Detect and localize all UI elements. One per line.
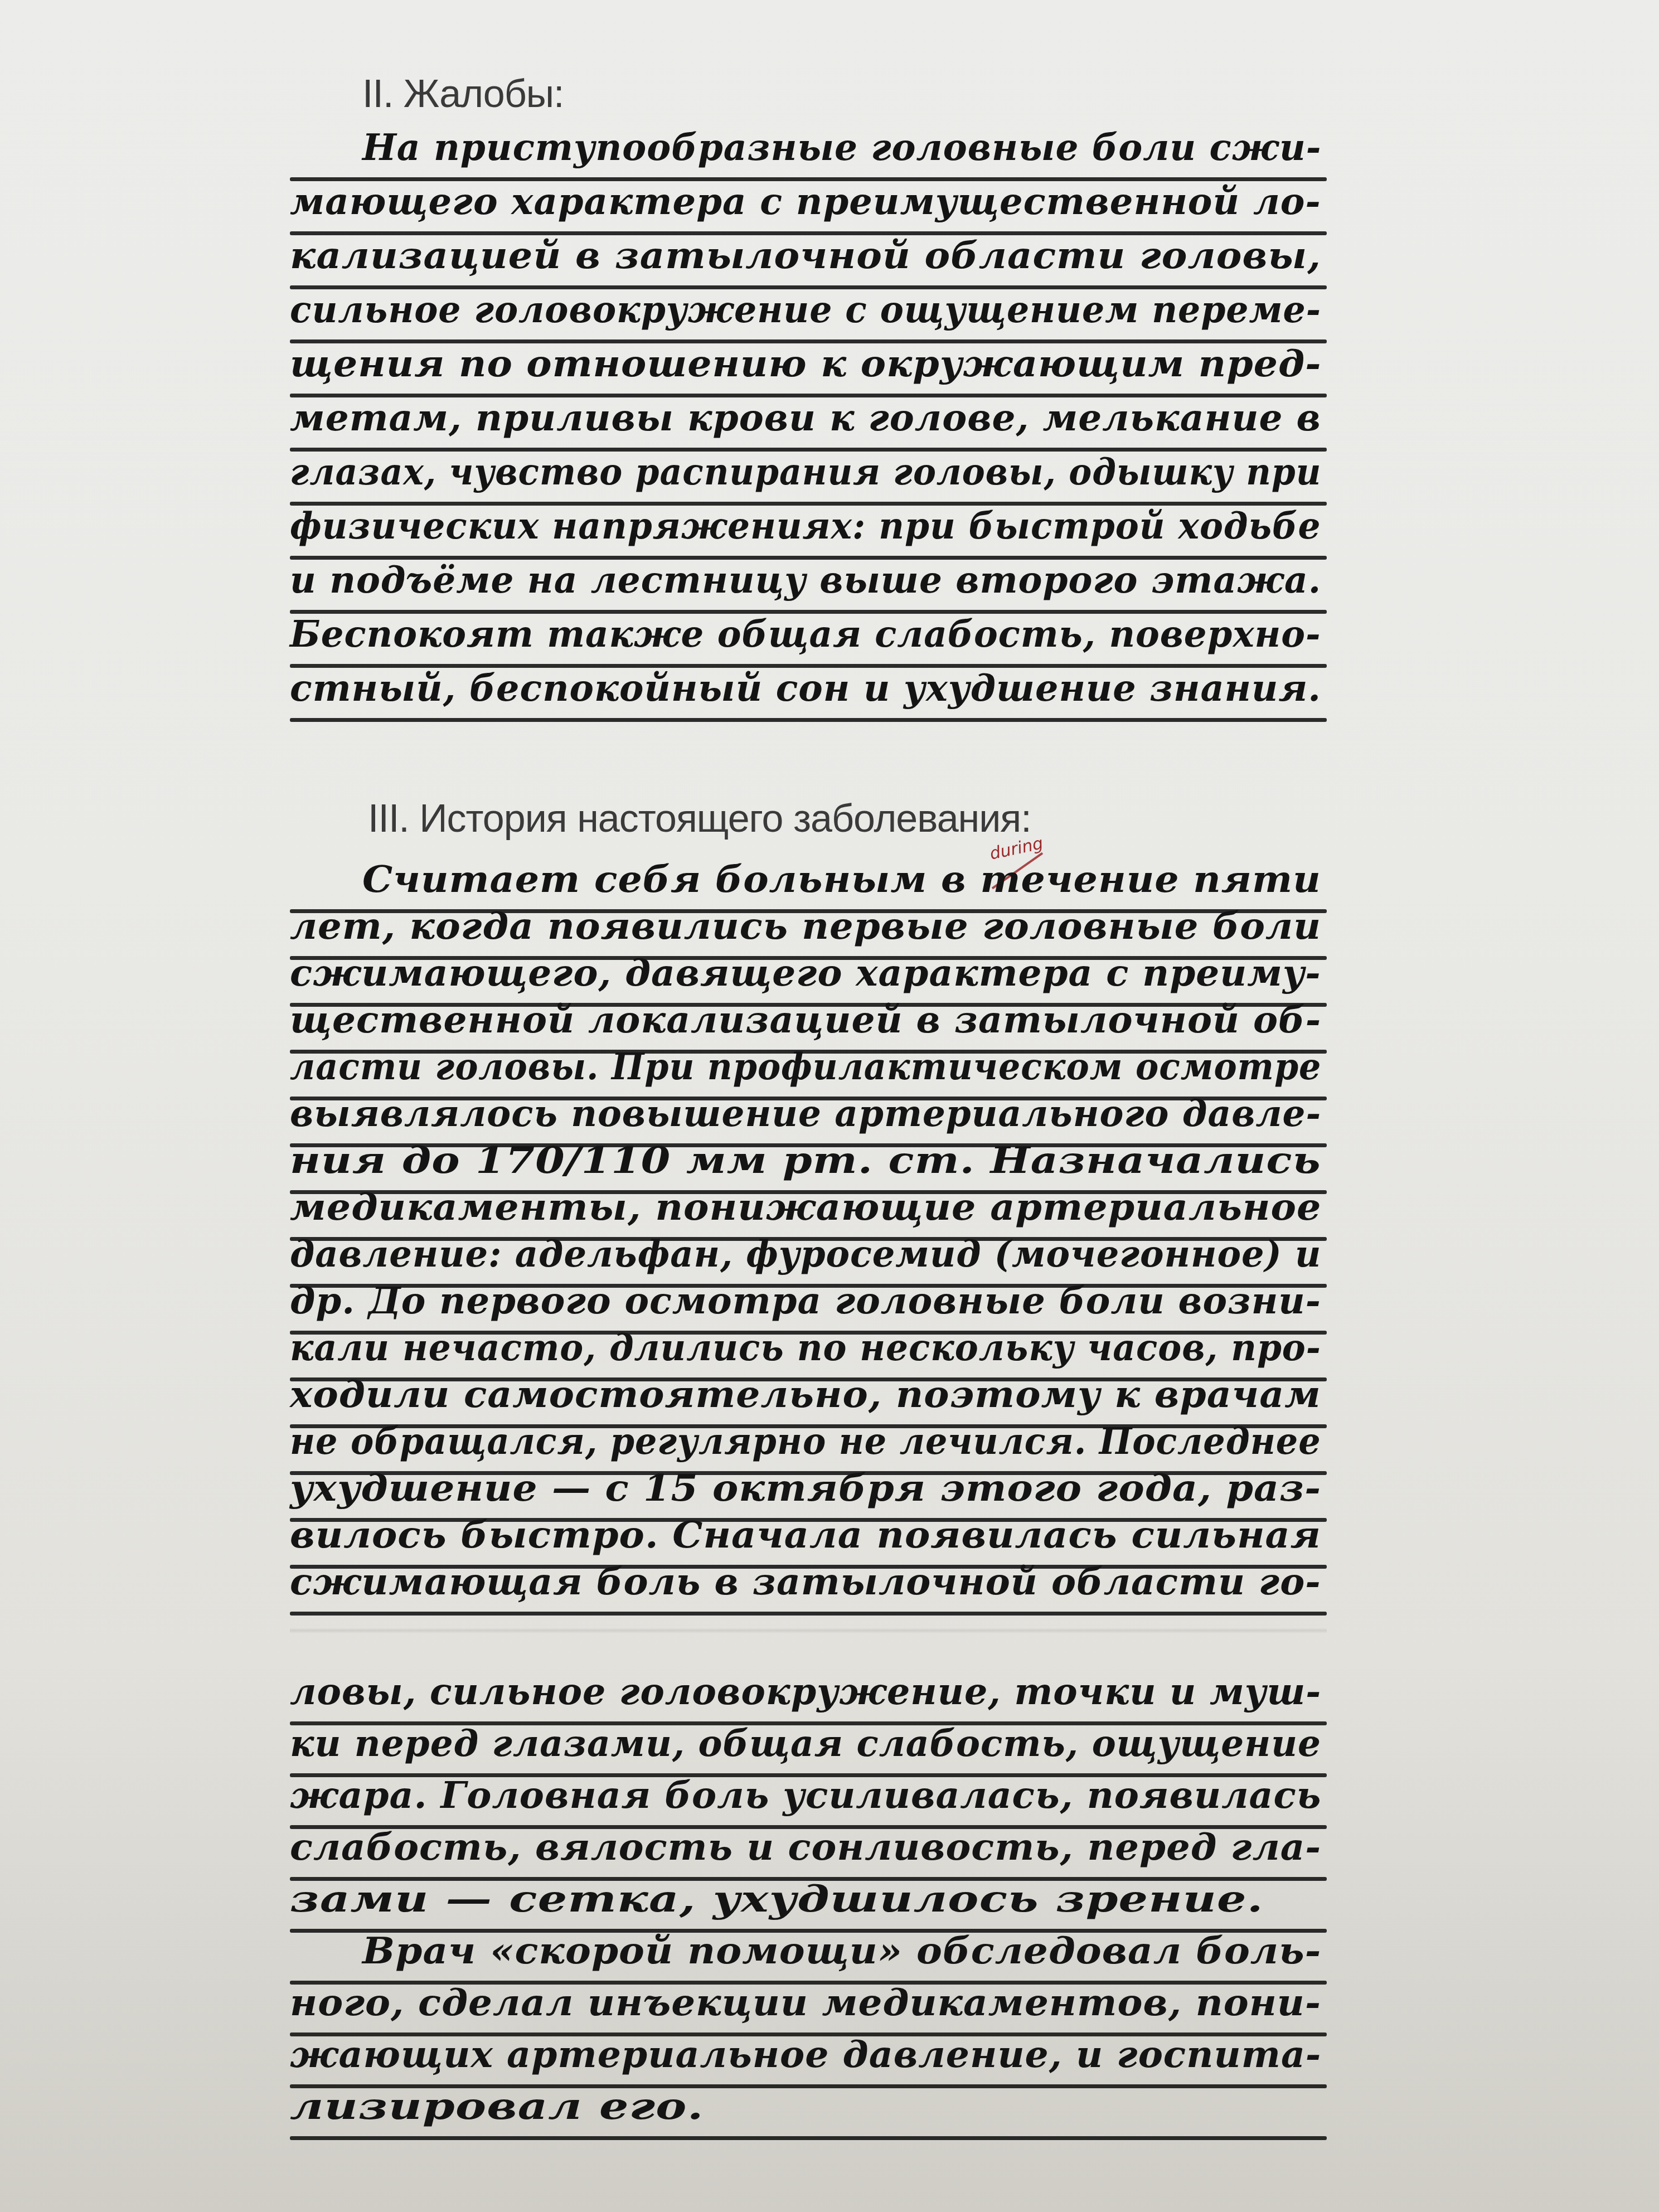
line-text: стный, беспокойный сон и ухудшение знани… xyxy=(290,666,1321,710)
guide-rule xyxy=(290,2136,1327,2140)
guide-rule xyxy=(290,1612,1327,1616)
page-fold-shadow xyxy=(290,1628,1327,1633)
document-page: II. Жалобы: На приступообразные головные… xyxy=(0,0,1659,2212)
handwritten-line: лизировал его. xyxy=(290,2056,1327,2140)
line-text: сжимающая боль в затылочной области го- xyxy=(290,1560,1321,1603)
handwritten-line: стный, беспокойный сон и ухудшение знани… xyxy=(290,638,1327,722)
handwritten-line: сжимающая боль в затылочной области го- xyxy=(290,1532,1327,1616)
line-text: лизировал его. xyxy=(290,2084,704,2128)
guide-rule xyxy=(290,718,1327,722)
